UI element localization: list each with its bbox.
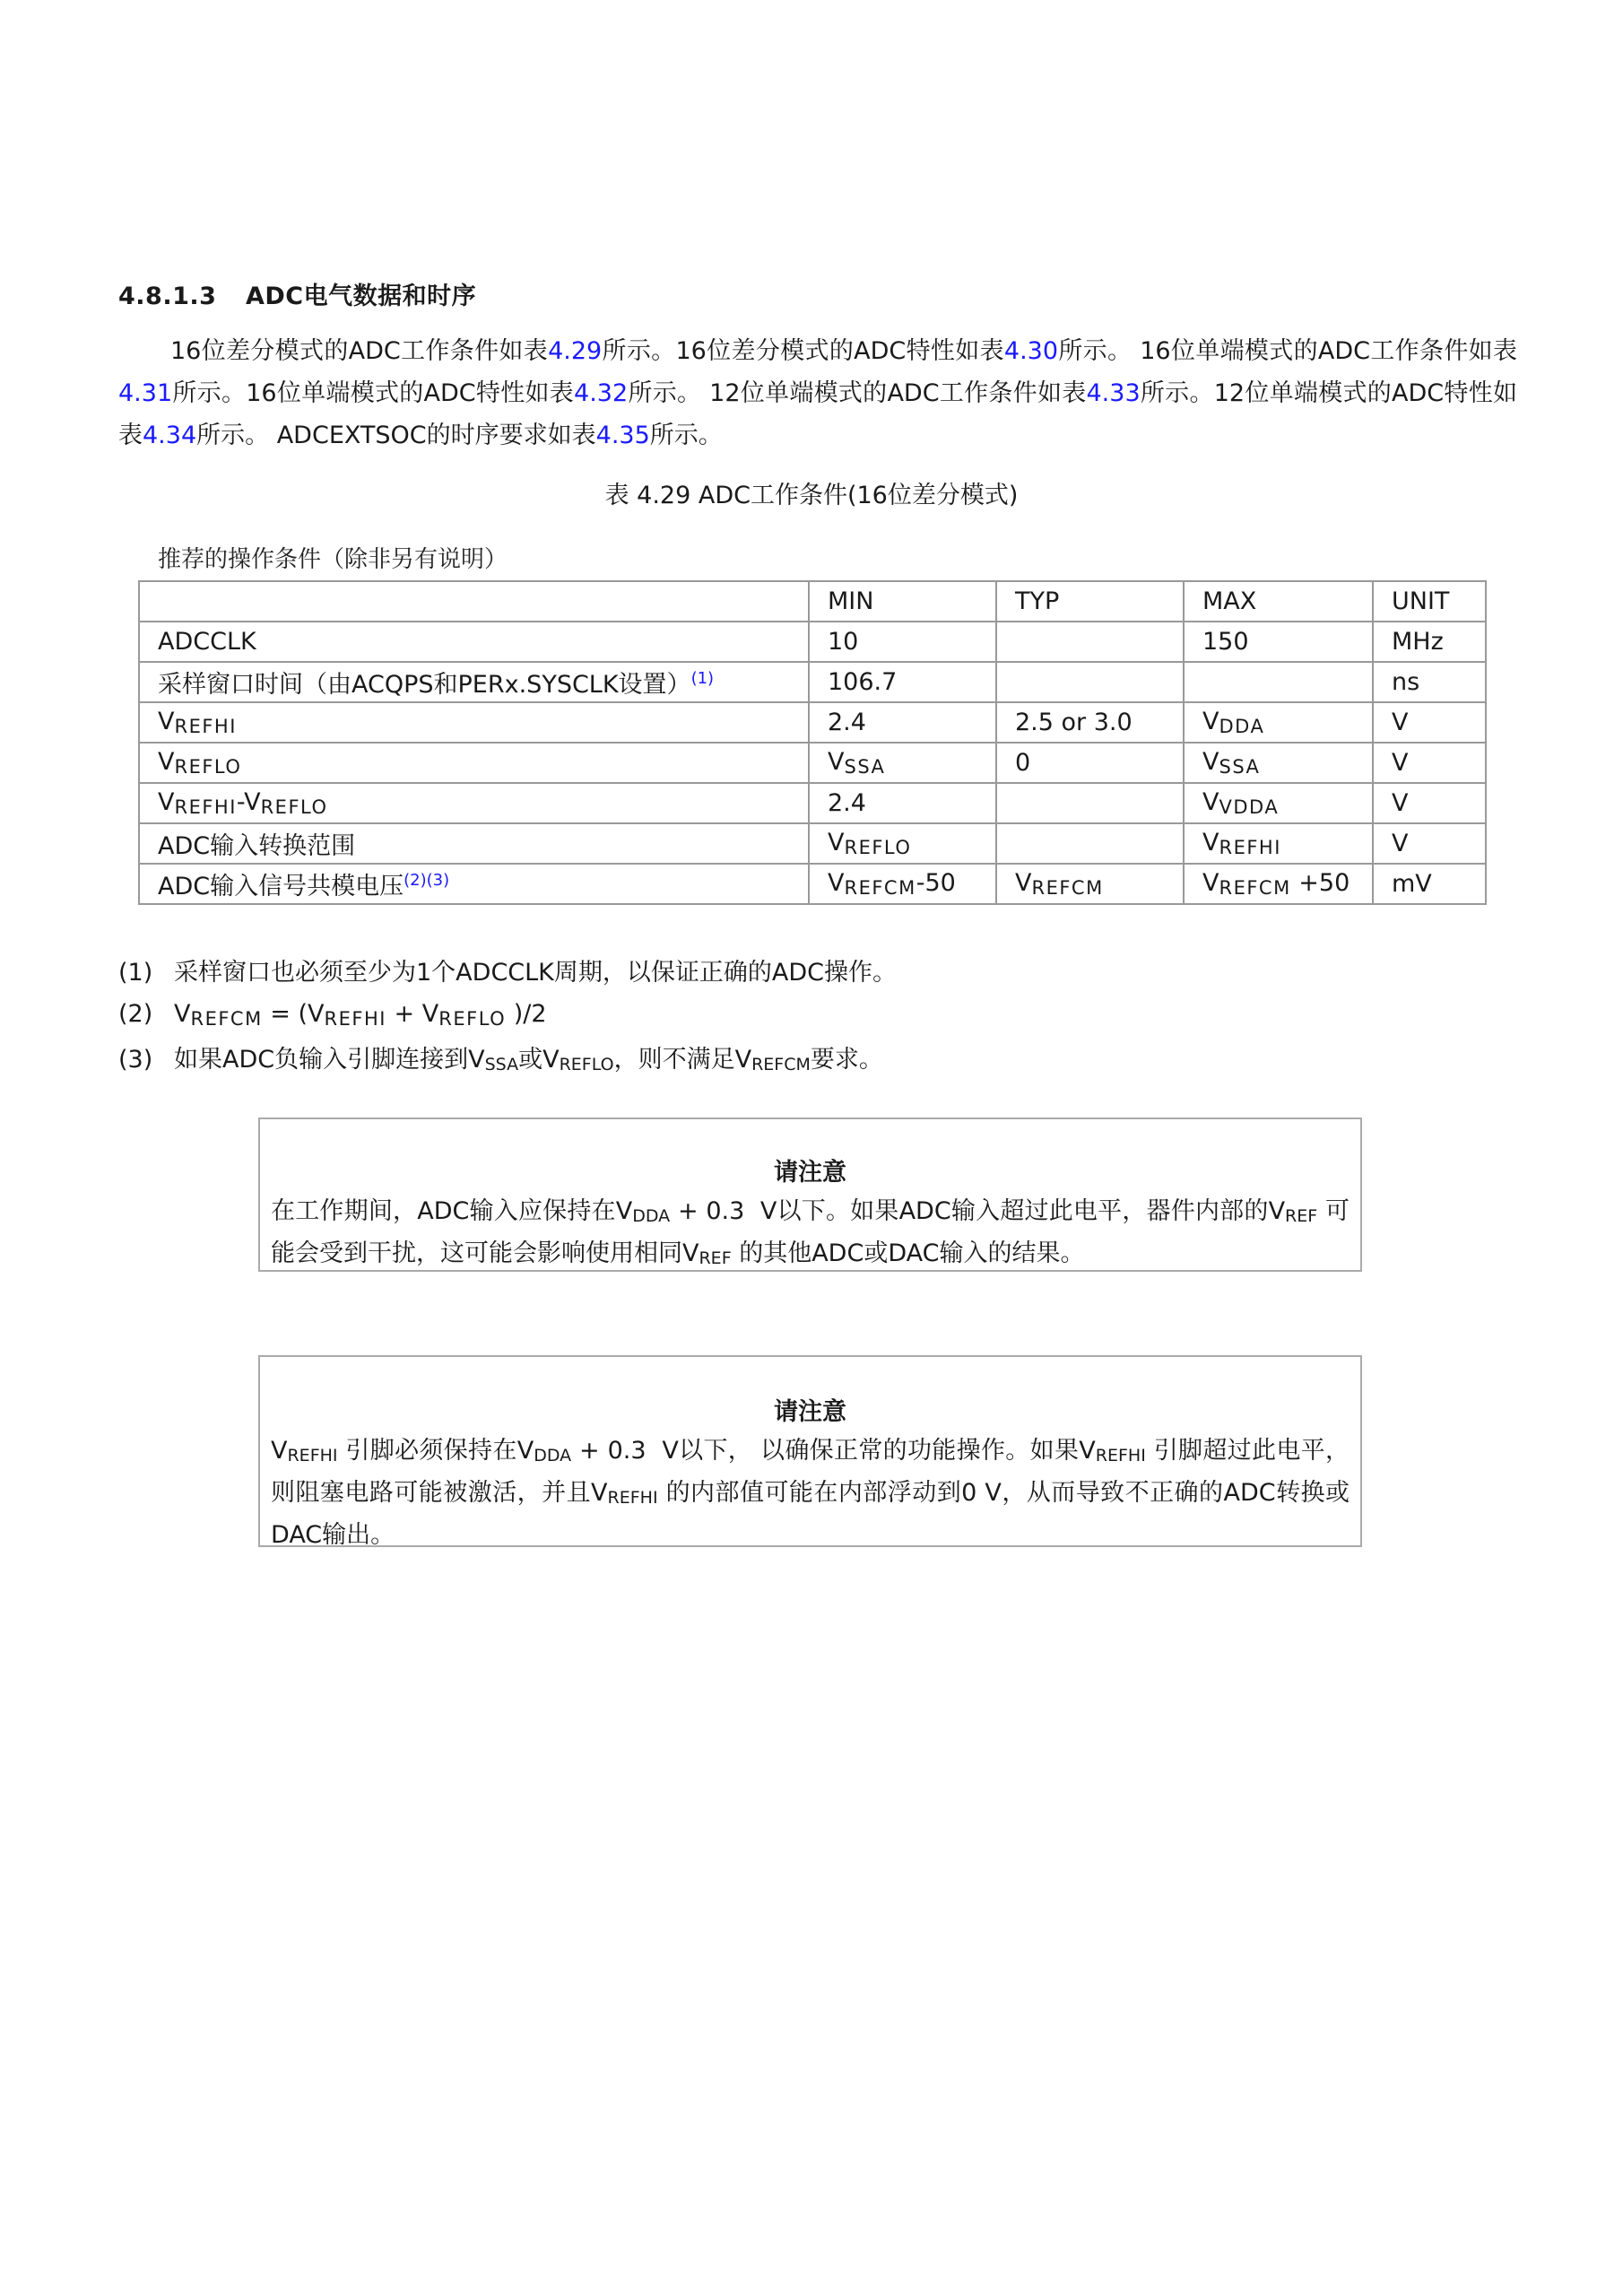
header-unit: UNIT xyxy=(1373,581,1486,622)
symbol-v: V xyxy=(422,1000,438,1028)
section-heading: 4.8.1.3ADC电气数据和时序 xyxy=(118,276,476,311)
notice-text: 的其他ADC或DAC输入的结果。 xyxy=(732,1239,1085,1267)
symbol-v: V xyxy=(682,1239,699,1267)
symbol-subscript: DDA xyxy=(632,1206,670,1226)
table-row: ADCCLK 10 150 MHz xyxy=(139,622,1486,662)
notice-text: + 0.3 V以下。如果ADC输入超过此电平，器件内部的 xyxy=(670,1197,1268,1225)
param-cell: VREFLO xyxy=(139,743,809,783)
notice-title: 请注意 xyxy=(271,1153,1350,1193)
symbol-subscript: REFHI xyxy=(1096,1446,1146,1465)
symbol-v: V xyxy=(158,748,174,776)
typ-cell xyxy=(996,662,1184,702)
minus-sign: - xyxy=(237,788,244,816)
symbol-v: V xyxy=(174,1000,190,1028)
unit-cell: ns xyxy=(1373,662,1486,702)
table-subtitle: 推荐的操作条件（除非另有说明） xyxy=(158,541,508,574)
table-ref-link[interactable]: 4.35 xyxy=(596,422,650,449)
param-text: 采样窗口时间（由ACQPS和PERx.SYSCLK设置） xyxy=(158,671,691,699)
symbol-subscript: REFLO xyxy=(438,1008,506,1030)
intro-text: 所示。 12位单端模式的ADC工作条件如表 xyxy=(628,379,1086,407)
typ-cell xyxy=(996,622,1184,662)
notice-body: VREFHI 引脚必须保持在VDDA + 0.3 V以下， 以确保正常的功能操作… xyxy=(271,1432,1350,1554)
min-cell: VSSA xyxy=(809,743,996,783)
section-title: ADC电气数据和时序 xyxy=(246,283,476,310)
symbol-subscript: DDA xyxy=(1219,716,1264,737)
symbol-subscript: SSA xyxy=(1219,756,1260,778)
max-cell: VREFCM +50 xyxy=(1184,864,1373,904)
symbol-subscript: REFCM xyxy=(190,1008,262,1030)
max-cell: VDDA xyxy=(1184,702,1373,743)
formula-text: = ( xyxy=(263,1000,308,1028)
symbol-subscript: REFHI xyxy=(608,1488,658,1508)
symbol-v: V xyxy=(828,748,844,776)
symbol-v: V xyxy=(591,1479,607,1507)
symbol-v: V xyxy=(271,1437,287,1465)
notice-text: + 0.3 V以下， 以确保正常的功能操作。如果 xyxy=(571,1437,1079,1465)
param-text: ADC输入信号共模电压 xyxy=(158,873,404,900)
notice-box-vdda: 请注意 在工作期间，ADC输入应保持在VDDA + 0.3 V以下。如果ADC输… xyxy=(258,1118,1362,1272)
formula-text: )/2 xyxy=(506,1000,546,1028)
formula-text: + xyxy=(386,1000,422,1028)
section-number: 4.8.1.3 xyxy=(118,283,246,310)
unit-cell: V xyxy=(1373,823,1486,864)
symbol-subscript: REFHI xyxy=(174,796,236,818)
table-row: ADC输入信号共模电压(2)(3) VREFCM-50 VREFCM VREFC… xyxy=(139,864,1486,904)
min-cell: 2.4 xyxy=(809,783,996,823)
footnote-text: ，则不满足 xyxy=(614,1046,735,1074)
symbol-v: V xyxy=(158,788,174,816)
symbol-subscript: REFHI xyxy=(1219,837,1280,858)
min-cell: 106.7 xyxy=(809,662,996,702)
symbol-v: V xyxy=(1202,788,1219,816)
param-cell: ADC输入信号共模电压(2)(3) xyxy=(139,864,809,904)
header-min: MIN xyxy=(809,581,996,622)
table-ref-link[interactable]: 4.33 xyxy=(1087,379,1141,407)
symbol-v: V xyxy=(1015,869,1031,897)
intro-paragraph: 16位差分模式的ADC工作条件如表4.29所示。16位差分模式的ADC特性如表4… xyxy=(118,330,1517,457)
max-cell: VREFHI xyxy=(1184,823,1373,864)
symbol-subscript: REFCM xyxy=(844,877,916,899)
value-suffix: -50 xyxy=(916,869,956,897)
table-row: VREFLO VSSA 0 VSSA V xyxy=(139,743,1486,783)
param-cell: 采样窗口时间（由ACQPS和PERx.SYSCLK设置）(1) xyxy=(139,662,809,702)
symbol-subscript: REFLO xyxy=(560,1055,614,1074)
symbol-subscript: DDA xyxy=(534,1446,571,1465)
max-cell: VVDDA xyxy=(1184,783,1373,823)
symbol-v: V xyxy=(158,708,174,735)
symbol-subscript: REFCM xyxy=(1219,877,1290,899)
symbol-subscript: REFCM xyxy=(751,1055,811,1074)
symbol-v: V xyxy=(1202,708,1219,735)
symbol-v: V xyxy=(1202,829,1219,857)
table-caption: 表 4.29 ADC工作条件(16位差分模式) xyxy=(0,475,1623,510)
footnote-2: (2)VREFCM = (VREFHI + VREFLO )/2 xyxy=(118,994,897,1039)
intro-text: 所示。 xyxy=(650,422,723,449)
symbol-v: V xyxy=(1202,748,1219,776)
header-max: MAX xyxy=(1184,581,1373,622)
param-cell: VREFHI xyxy=(139,702,809,743)
symbol-subscript: REFHI xyxy=(325,1008,386,1030)
footnote-text: 或 xyxy=(518,1046,542,1074)
intro-text: 16位差分模式的ADC工作条件如表 xyxy=(170,337,548,365)
symbol-v: V xyxy=(308,1000,324,1028)
intro-text: 所示。 ADCEXTSOC的时序要求如表 xyxy=(196,422,596,449)
symbol-v: V xyxy=(468,1046,484,1074)
symbol-v: V xyxy=(1079,1437,1095,1465)
symbol-subscript: REF xyxy=(699,1248,731,1268)
table-ref-link[interactable]: 4.34 xyxy=(143,422,196,449)
table-row: VREFHI 2.4 2.5 or 3.0 VDDA V xyxy=(139,702,1486,743)
notice-text: 在工作期间，ADC输入应保持在 xyxy=(271,1197,616,1225)
max-cell: VSSA xyxy=(1184,743,1373,783)
footnote-1: (1)采样窗口也必须至少为1个ADCCLK周期，以保证正确的ADC操作。 xyxy=(118,952,897,994)
table-ref-link[interactable]: 4.30 xyxy=(1004,337,1058,365)
min-cell: VREFCM-50 xyxy=(809,864,996,904)
intro-text: 所示。16位差分模式的ADC特性如表 xyxy=(602,337,1004,365)
symbol-subscript: REFHI xyxy=(287,1446,337,1465)
symbol-subscript: REFLO xyxy=(261,796,328,818)
symbol-v: V xyxy=(616,1197,632,1225)
footnote-label: (2) xyxy=(118,994,174,1035)
symbol-subscript: REFLO xyxy=(844,837,911,858)
footnote-text: 要求。 xyxy=(811,1046,883,1074)
symbol-v: V xyxy=(828,829,844,857)
symbol-subscript: REFLO xyxy=(174,756,241,778)
typ-cell: VREFCM xyxy=(996,864,1184,904)
adc-conditions-table: MIN TYP MAX UNIT ADCCLK 10 150 MHz 采样窗口时… xyxy=(138,580,1487,905)
symbol-subscript: REF xyxy=(1285,1206,1317,1226)
symbol-subscript: SSA xyxy=(485,1055,518,1074)
max-cell: 150 xyxy=(1184,622,1373,662)
unit-cell: V xyxy=(1373,783,1486,823)
unit-cell: V xyxy=(1373,743,1486,783)
min-cell: 10 xyxy=(809,622,996,662)
footnotes: (1)采样窗口也必须至少为1个ADCCLK周期，以保证正确的ADC操作。 (2)… xyxy=(118,952,897,1085)
symbol-v: V xyxy=(244,788,260,816)
unit-cell: mV xyxy=(1373,864,1486,904)
notice-text: 引脚必须保持在 xyxy=(338,1437,517,1465)
footnote-label: (3) xyxy=(118,1039,174,1081)
table-row: 采样窗口时间（由ACQPS和PERx.SYSCLK设置）(1) 106.7 ns xyxy=(139,662,1486,702)
min-cell: VREFLO xyxy=(809,823,996,864)
footnote-ref-link[interactable]: (2)(3) xyxy=(404,871,449,890)
param-cell: ADCCLK xyxy=(139,622,809,662)
symbol-subscript: SSA xyxy=(844,756,885,778)
param-cell: ADC输入转换范围 xyxy=(139,823,809,864)
footnote-ref-link[interactable]: (1) xyxy=(691,669,715,688)
param-cell: VREFHI-VREFLO xyxy=(139,783,809,823)
intro-text: 所示。16位单端模式的ADC特性如表 xyxy=(172,379,574,407)
symbol-subscript: VDDA xyxy=(1219,796,1279,818)
table-ref-link[interactable]: 4.32 xyxy=(574,379,628,407)
table-ref-link[interactable]: 4.29 xyxy=(548,337,602,365)
typ-cell xyxy=(996,783,1184,823)
table-ref-link[interactable]: 4.31 xyxy=(118,379,172,407)
symbol-v: V xyxy=(1202,869,1219,897)
symbol-v: V xyxy=(542,1046,559,1074)
symbol-v: V xyxy=(828,869,844,897)
typ-cell xyxy=(996,823,1184,864)
unit-cell: MHz xyxy=(1373,622,1486,662)
footnote-text: 采样窗口也必须至少为1个ADCCLK周期，以保证正确的ADC操作。 xyxy=(174,959,897,987)
min-cell: 2.4 xyxy=(809,702,996,743)
unit-cell: V xyxy=(1373,702,1486,743)
symbol-v: V xyxy=(517,1437,534,1465)
symbol-v: V xyxy=(735,1046,751,1074)
table-header-row: MIN TYP MAX UNIT xyxy=(139,581,1486,622)
header-typ: TYP xyxy=(996,581,1184,622)
notice-box-vrefhi: 请注意 VREFHI 引脚必须保持在VDDA + 0.3 V以下， 以确保正常的… xyxy=(258,1355,1362,1547)
notice-body: 在工作期间，ADC输入应保持在VDDA + 0.3 V以下。如果ADC输入超过此… xyxy=(271,1193,1350,1277)
max-cell xyxy=(1184,662,1373,702)
table-row: VREFHI-VREFLO 2.4 VVDDA V xyxy=(139,783,1486,823)
table-row: ADC输入转换范围 VREFLO VREFHI V xyxy=(139,823,1486,864)
symbol-subscript: REFCM xyxy=(1031,877,1103,899)
typ-cell: 2.5 or 3.0 xyxy=(996,702,1184,743)
footnote-text: 如果ADC负输入引脚连接到 xyxy=(174,1046,468,1074)
symbol-subscript: REFHI xyxy=(174,716,236,737)
intro-text: 所示。 16位单端模式的ADC工作条件如表 xyxy=(1058,337,1517,365)
symbol-v: V xyxy=(1269,1197,1285,1225)
footnote-label: (1) xyxy=(118,952,174,994)
footnote-3: (3)如果ADC负输入引脚连接到VSSA或VREFLO，则不满足VREFCM要求… xyxy=(118,1039,897,1085)
value-suffix: +50 xyxy=(1291,869,1350,897)
notice-title: 请注意 xyxy=(271,1393,1350,1432)
header-param xyxy=(139,581,809,622)
typ-cell: 0 xyxy=(996,743,1184,783)
